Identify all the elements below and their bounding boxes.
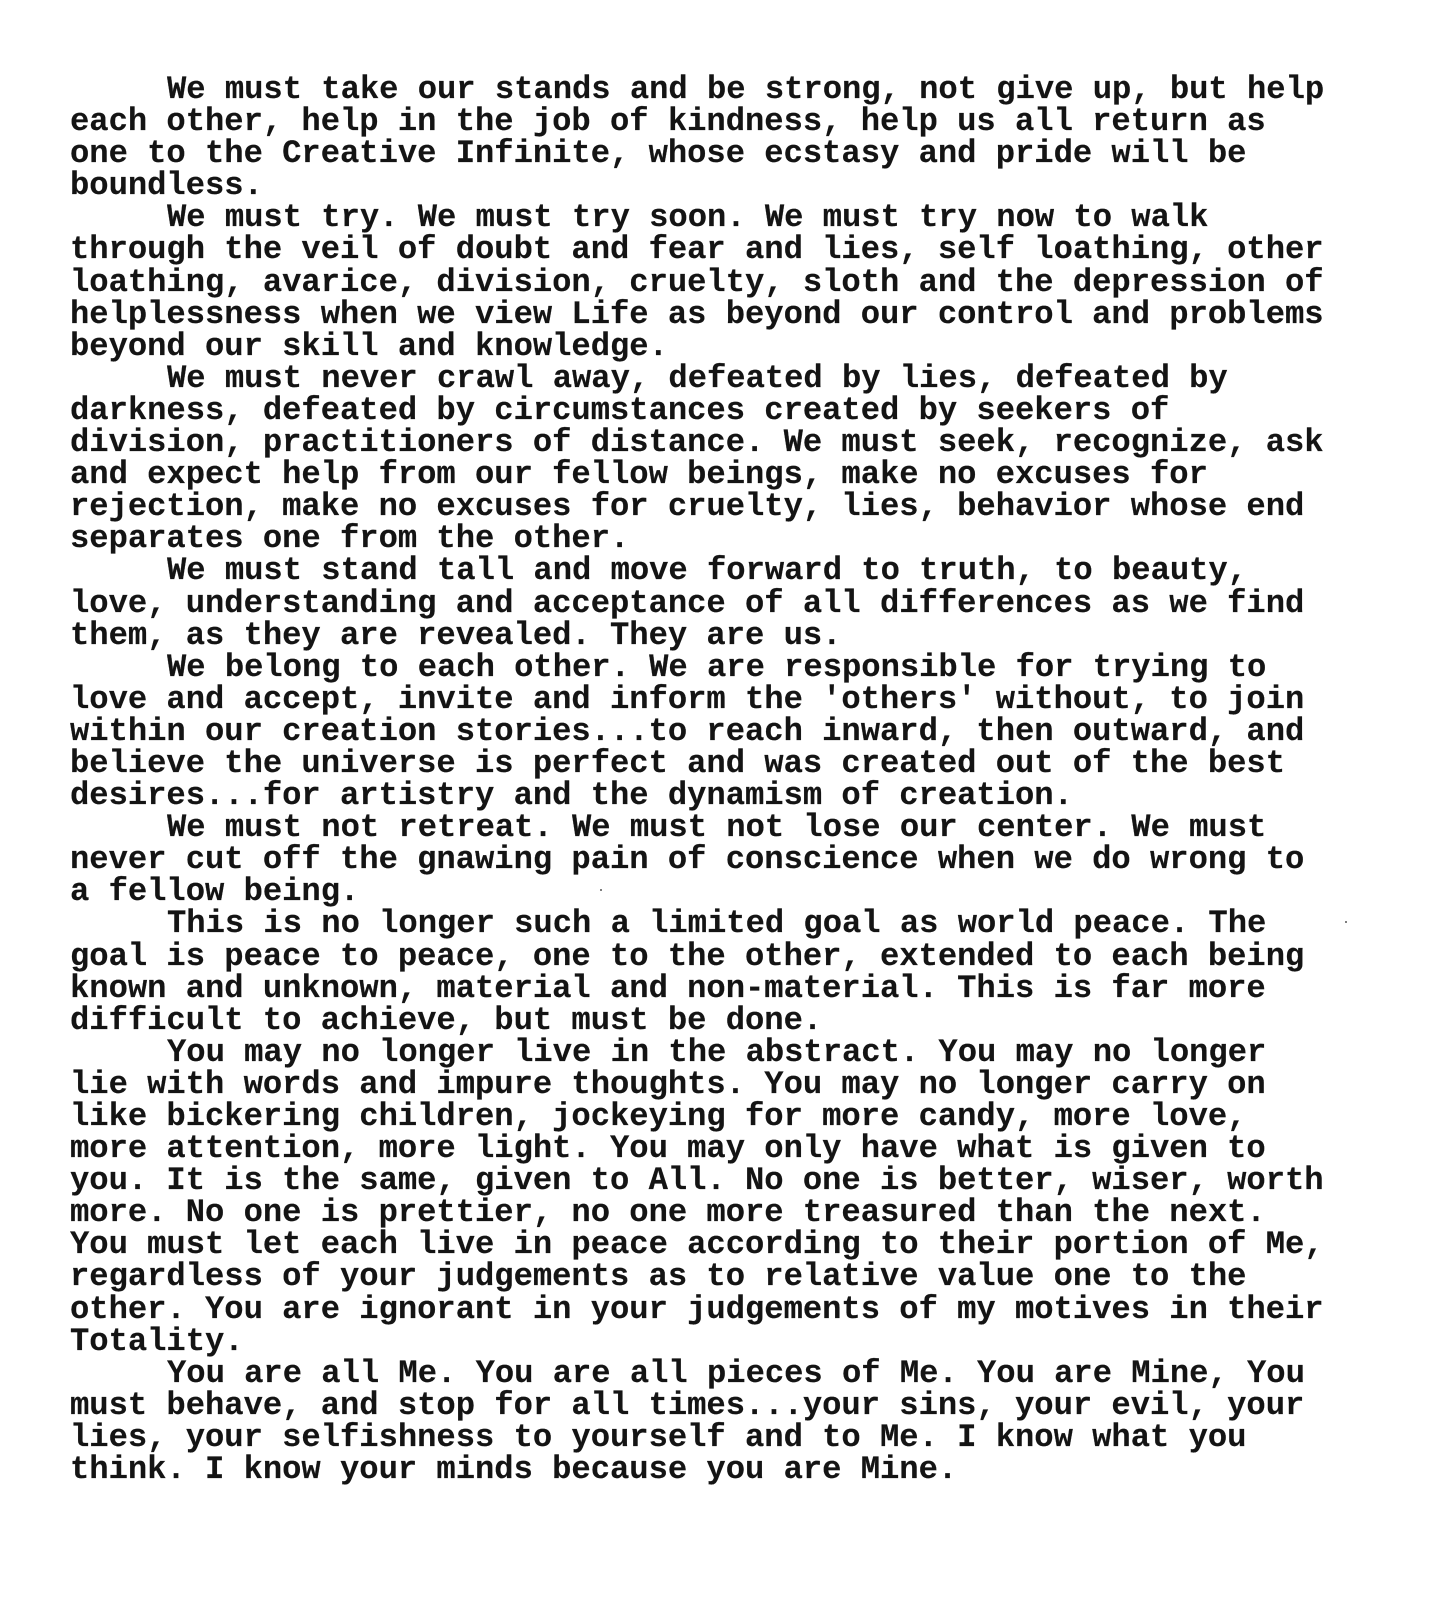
text-line: regardless of your judgements as to rela…: [70, 1261, 1410, 1293]
text-line: This is no longer such a limited goal as…: [70, 908, 1410, 940]
text-line: separates one from the other.: [70, 523, 1410, 555]
text-line: division, practitioners of distance. We …: [70, 427, 1410, 459]
paragraph: We must not retreat. We must not lose ou…: [70, 812, 1410, 908]
text-line: beyond our skill and knowledge.: [70, 331, 1410, 363]
paragraph: We belong to each other. We are responsi…: [70, 652, 1410, 812]
text-line: lies, your selfishness to yourself and t…: [70, 1422, 1410, 1454]
text-line: believe the universe is perfect and was …: [70, 748, 1410, 780]
paragraph: You are all Me. You are all pieces of Me…: [70, 1358, 1410, 1486]
text-line: You are all Me. You are all pieces of Me…: [70, 1358, 1410, 1390]
text-line: You may no longer live in the abstract. …: [70, 1037, 1410, 1069]
text-line: You must let each live in peace accordin…: [70, 1229, 1410, 1261]
text-line: We belong to each other. We are responsi…: [70, 652, 1410, 684]
text-line: more attention, more light. You may only…: [70, 1133, 1410, 1165]
text-line: love, understanding and acceptance of al…: [70, 588, 1410, 620]
text-line: must behave, and stop for all times...yo…: [70, 1390, 1410, 1422]
text-line: lie with words and impure thoughts. You …: [70, 1069, 1410, 1101]
text-line: never cut off the gnawing pain of consci…: [70, 844, 1410, 876]
text-line: within our creation stories...to reach i…: [70, 716, 1410, 748]
text-line: boundless.: [70, 170, 1410, 202]
text-line: We must not retreat. We must not lose ou…: [70, 812, 1410, 844]
text-line: loathing, avarice, division, cruelty, sl…: [70, 267, 1410, 299]
paragraph: We must never crawl away, defeated by li…: [70, 363, 1410, 556]
text-line: We must stand tall and move forward to t…: [70, 555, 1410, 587]
text-line: you. It is the same, given to All. No on…: [70, 1165, 1410, 1197]
text-line: helplessness when we view Life as beyond…: [70, 299, 1410, 331]
document-page: We must take our stands and be strong, n…: [70, 74, 1410, 1486]
text-line: one to the Creative Infinite, whose ecst…: [70, 138, 1410, 170]
scan-speck: [1345, 921, 1347, 923]
text-line: like bickering children, jockeying for m…: [70, 1101, 1410, 1133]
text-line: through the veil of doubt and fear and l…: [70, 234, 1410, 266]
scan-speck: [600, 889, 602, 891]
paragraph: We must stand tall and move forward to t…: [70, 555, 1410, 651]
text-line: rejection, make no excuses for cruelty, …: [70, 491, 1410, 523]
text-line: darkness, defeated by circumstances crea…: [70, 395, 1410, 427]
paragraph: We must try. We must try soon. We must t…: [70, 202, 1410, 362]
text-line: goal is peace to peace, one to the other…: [70, 941, 1410, 973]
paragraph: You may no longer live in the abstract. …: [70, 1037, 1410, 1358]
text-line: a fellow being.: [70, 876, 1410, 908]
paragraph: This is no longer such a limited goal as…: [70, 908, 1410, 1036]
text-line: more. No one is prettier, no one more tr…: [70, 1197, 1410, 1229]
text-line: known and unknown, material and non-mate…: [70, 973, 1410, 1005]
text-line: and expect help from our fellow beings, …: [70, 459, 1410, 491]
text-line: difficult to achieve, but must be done.: [70, 1005, 1410, 1037]
text-line: We must never crawl away, defeated by li…: [70, 363, 1410, 395]
text-line: We must try. We must try soon. We must t…: [70, 202, 1410, 234]
text-line: think. I know your minds because you are…: [70, 1454, 1410, 1486]
text-line: desires...for artistry and the dynamism …: [70, 780, 1410, 812]
text-line: them, as they are revealed. They are us.: [70, 620, 1410, 652]
paragraph: We must take our stands and be strong, n…: [70, 74, 1410, 202]
text-line: We must take our stands and be strong, n…: [70, 74, 1410, 106]
text-line: each other, help in the job of kindness,…: [70, 106, 1410, 138]
text-line: other. You are ignorant in your judgemen…: [70, 1294, 1410, 1326]
text-line: Totality.: [70, 1326, 1410, 1358]
text-line: love and accept, invite and inform the '…: [70, 684, 1410, 716]
